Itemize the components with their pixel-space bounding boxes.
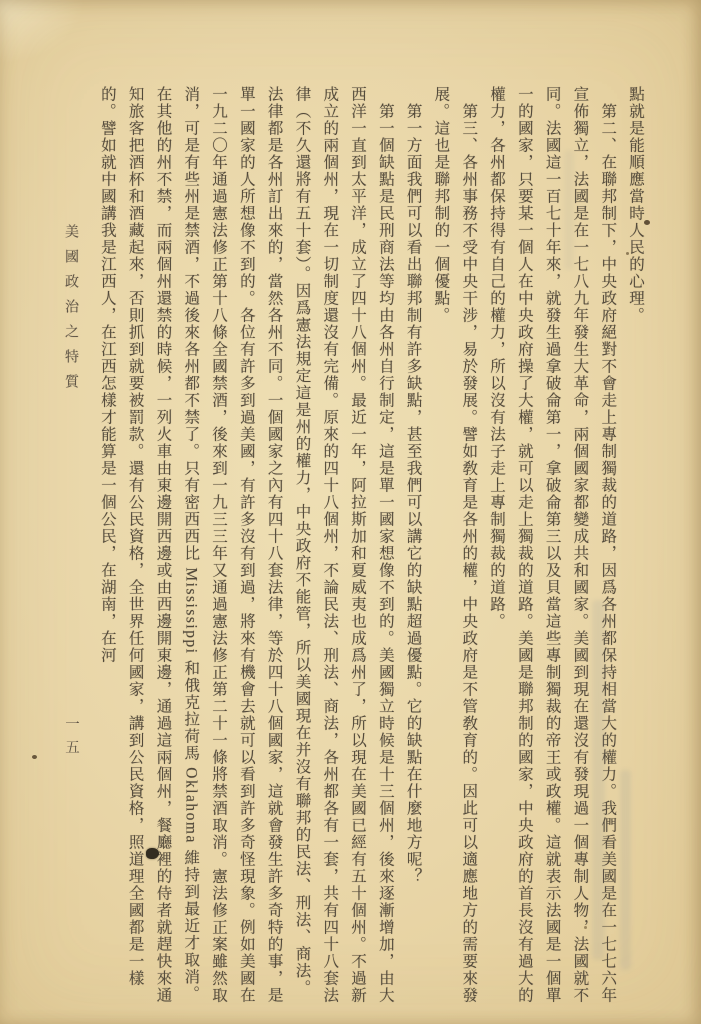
ink-speck: [32, 755, 37, 759]
page-number: 一五: [61, 716, 82, 763]
paragraph-point-three: 第三、各州事務不受中央干涉，易於發展。譬如敎育是各州的權，中央政府是不管敎育的。…: [427, 86, 483, 1008]
paragraph-drawbacks-intro: 第一方面我們可以看出聯邦制有許多缺點，甚至我們可以講它的缺點超過優點。它的缺點在…: [399, 86, 427, 1008]
paragraph-first-drawback: 第一個缺點是民刑商法等均由各州自行制定，這是單一國家想像不到的。美國獨立時候是十…: [93, 86, 399, 1008]
ink-speck: [626, 252, 629, 255]
scanned-book-page: 點就是能順應當時人民的心理。 第二、在聯邦制下，中央政府絕對不會走上專制獨裁的道…: [0, 0, 701, 1024]
page-showthrough-smudge: [564, 150, 574, 270]
page-showthrough-smudge: [592, 600, 605, 960]
running-title: 美國政治之特質: [60, 224, 80, 399]
body-text: 點就是能順應當時人民的心理。 第二、在聯邦制下，中央政府絕對不會走上專制獨裁的道…: [74, 86, 649, 1008]
page-showthrough-smudge: [620, 770, 631, 970]
ink-speck: [644, 220, 650, 225]
ink-speck: [584, 926, 587, 929]
